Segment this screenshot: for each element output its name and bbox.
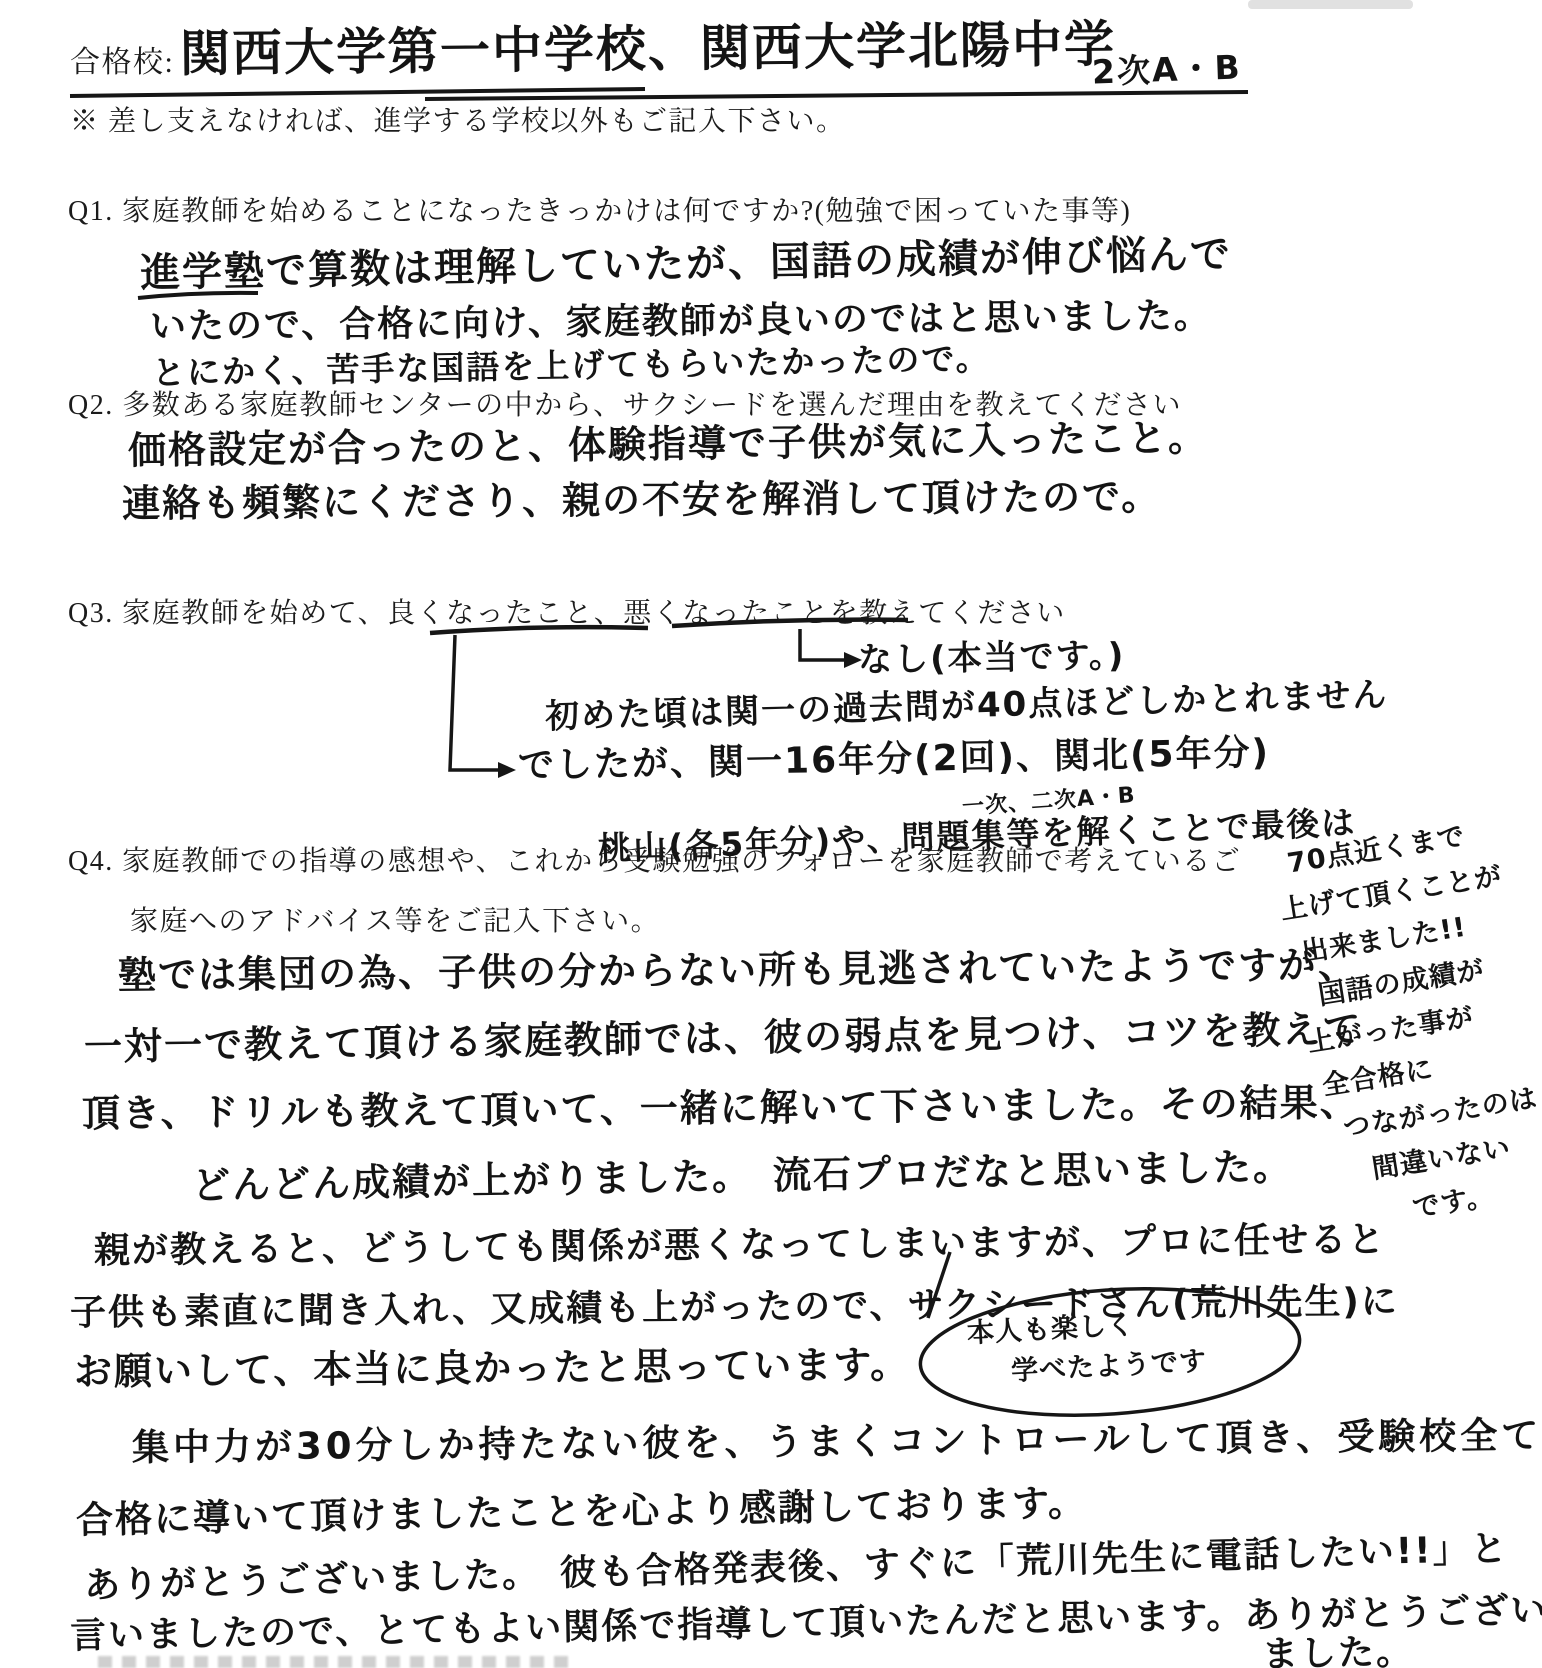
q3-good-phrase: 良くなったこと [387,598,594,629]
q2-answer-line: 連絡も頻繁にくださり、親の不安を解消して頂けたので。 [122,476,1162,525]
q4-answer-line: 一対一で教えて頂ける家庭教師では、彼の弱点を見つけ、コツを教えて [84,1009,1363,1069]
q4-answer-line: どんどん成績が上がりました。 流石プロだなと思いました。 [192,1146,1294,1207]
q4-answer-line: 合格に導いて頂けましたことを心より感謝しております。 [76,1483,1088,1541]
q4-answer-line: 集中力が30分しか持たない彼を、うまくコントロールして頂き、受験校全て [132,1416,1542,1469]
q1-answer-line: いたので、合格に向け、家庭教師が良いのではと思いました。 [150,296,1212,347]
q3-question-prefix: Q3. 家庭教師を始めて、 [68,598,387,629]
q3-answer-line: でしたが、関一16年分(2回)、関北(5年分) [518,733,1271,786]
q4-question-line2: 家庭へのアドバイス等をご記入下さい。 [130,906,660,938]
header-underline-stroke-2 [425,92,1248,99]
scan-artifact-bottom-cutoff-text [98,1656,568,1668]
q3-bad-arrow [800,629,844,660]
q1-question: Q1. 家庭教師を始めることになったきっかけは何ですか?(勉強で困っていた事等) [68,196,1131,228]
q3-good-arrow [450,635,498,770]
q2-answer-line: 価格設定が合ったのと、体験指導で子供が気に入ったこと。 [128,417,1208,472]
accepted-schools-label: 合格校: [70,46,174,81]
q4-question-line1: Q4. 家庭教師での指導の感想や、これから受験勉強のフォローを家庭教師で考えてい… [68,846,1241,878]
q4-answer-line: 親が教えると、どうしても関係が悪くなってしまいますが、プロに任せると [94,1220,1386,1271]
q3-good-arrowhead [498,762,516,778]
accepted-schools-answer-sub: 2次A・B [1091,49,1242,90]
q3-none-answer: なし(本当です。) [858,638,1126,680]
header-underline-stroke-1 [70,89,645,96]
q4-answer-line: ました。 [1262,1633,1415,1668]
q3-question-comma: 、 [594,598,624,629]
q4-answer-line: お願いして、本当に良かったと思っています。 [74,1344,911,1393]
q3-question: Q3. 家庭教師を始めて、良くなったこと、悪くなったことを教えてください [68,598,1066,630]
q3-question-suffix: を教えてください [830,598,1066,629]
privacy-note: ※ 差し支えなければ、進学する学校以外もご記入下さい。 [70,106,846,138]
q1-answer-line: とにかく、苦手な国語を上げてもらいたかったので。 [152,341,991,392]
accepted-schools-answer: 関西大学第一中学校、関西大学北陽中学 [180,17,1117,82]
q1-answer-line: 進学塾で算数は理解していたが、国語の成績が伸び悩んで [140,232,1233,295]
scan-artifact-top [1248,0,1413,9]
speech-balloon: 本人も楽しく 学べたようです [966,1302,1208,1394]
q3-bad-phrase: 悪くなったこと [623,598,830,629]
q4-answer-line: 頂き、ドリルも教えて頂いて、一緒に解いて下さいました。その結果、 [82,1082,1360,1135]
q4-answer-line: 塾では集団の為、子供の分からない所も見逃されていたようですが、 [118,945,1358,998]
q3-answer-line: 初めた頃は関一の過去問が40点ほどしかとれません [545,677,1389,736]
scanned-questionnaire-page: 合格校: 関西大学第一中学校、関西大学北陽中学 2次A・B ※ 差し支えなければ… [0,0,1542,1668]
